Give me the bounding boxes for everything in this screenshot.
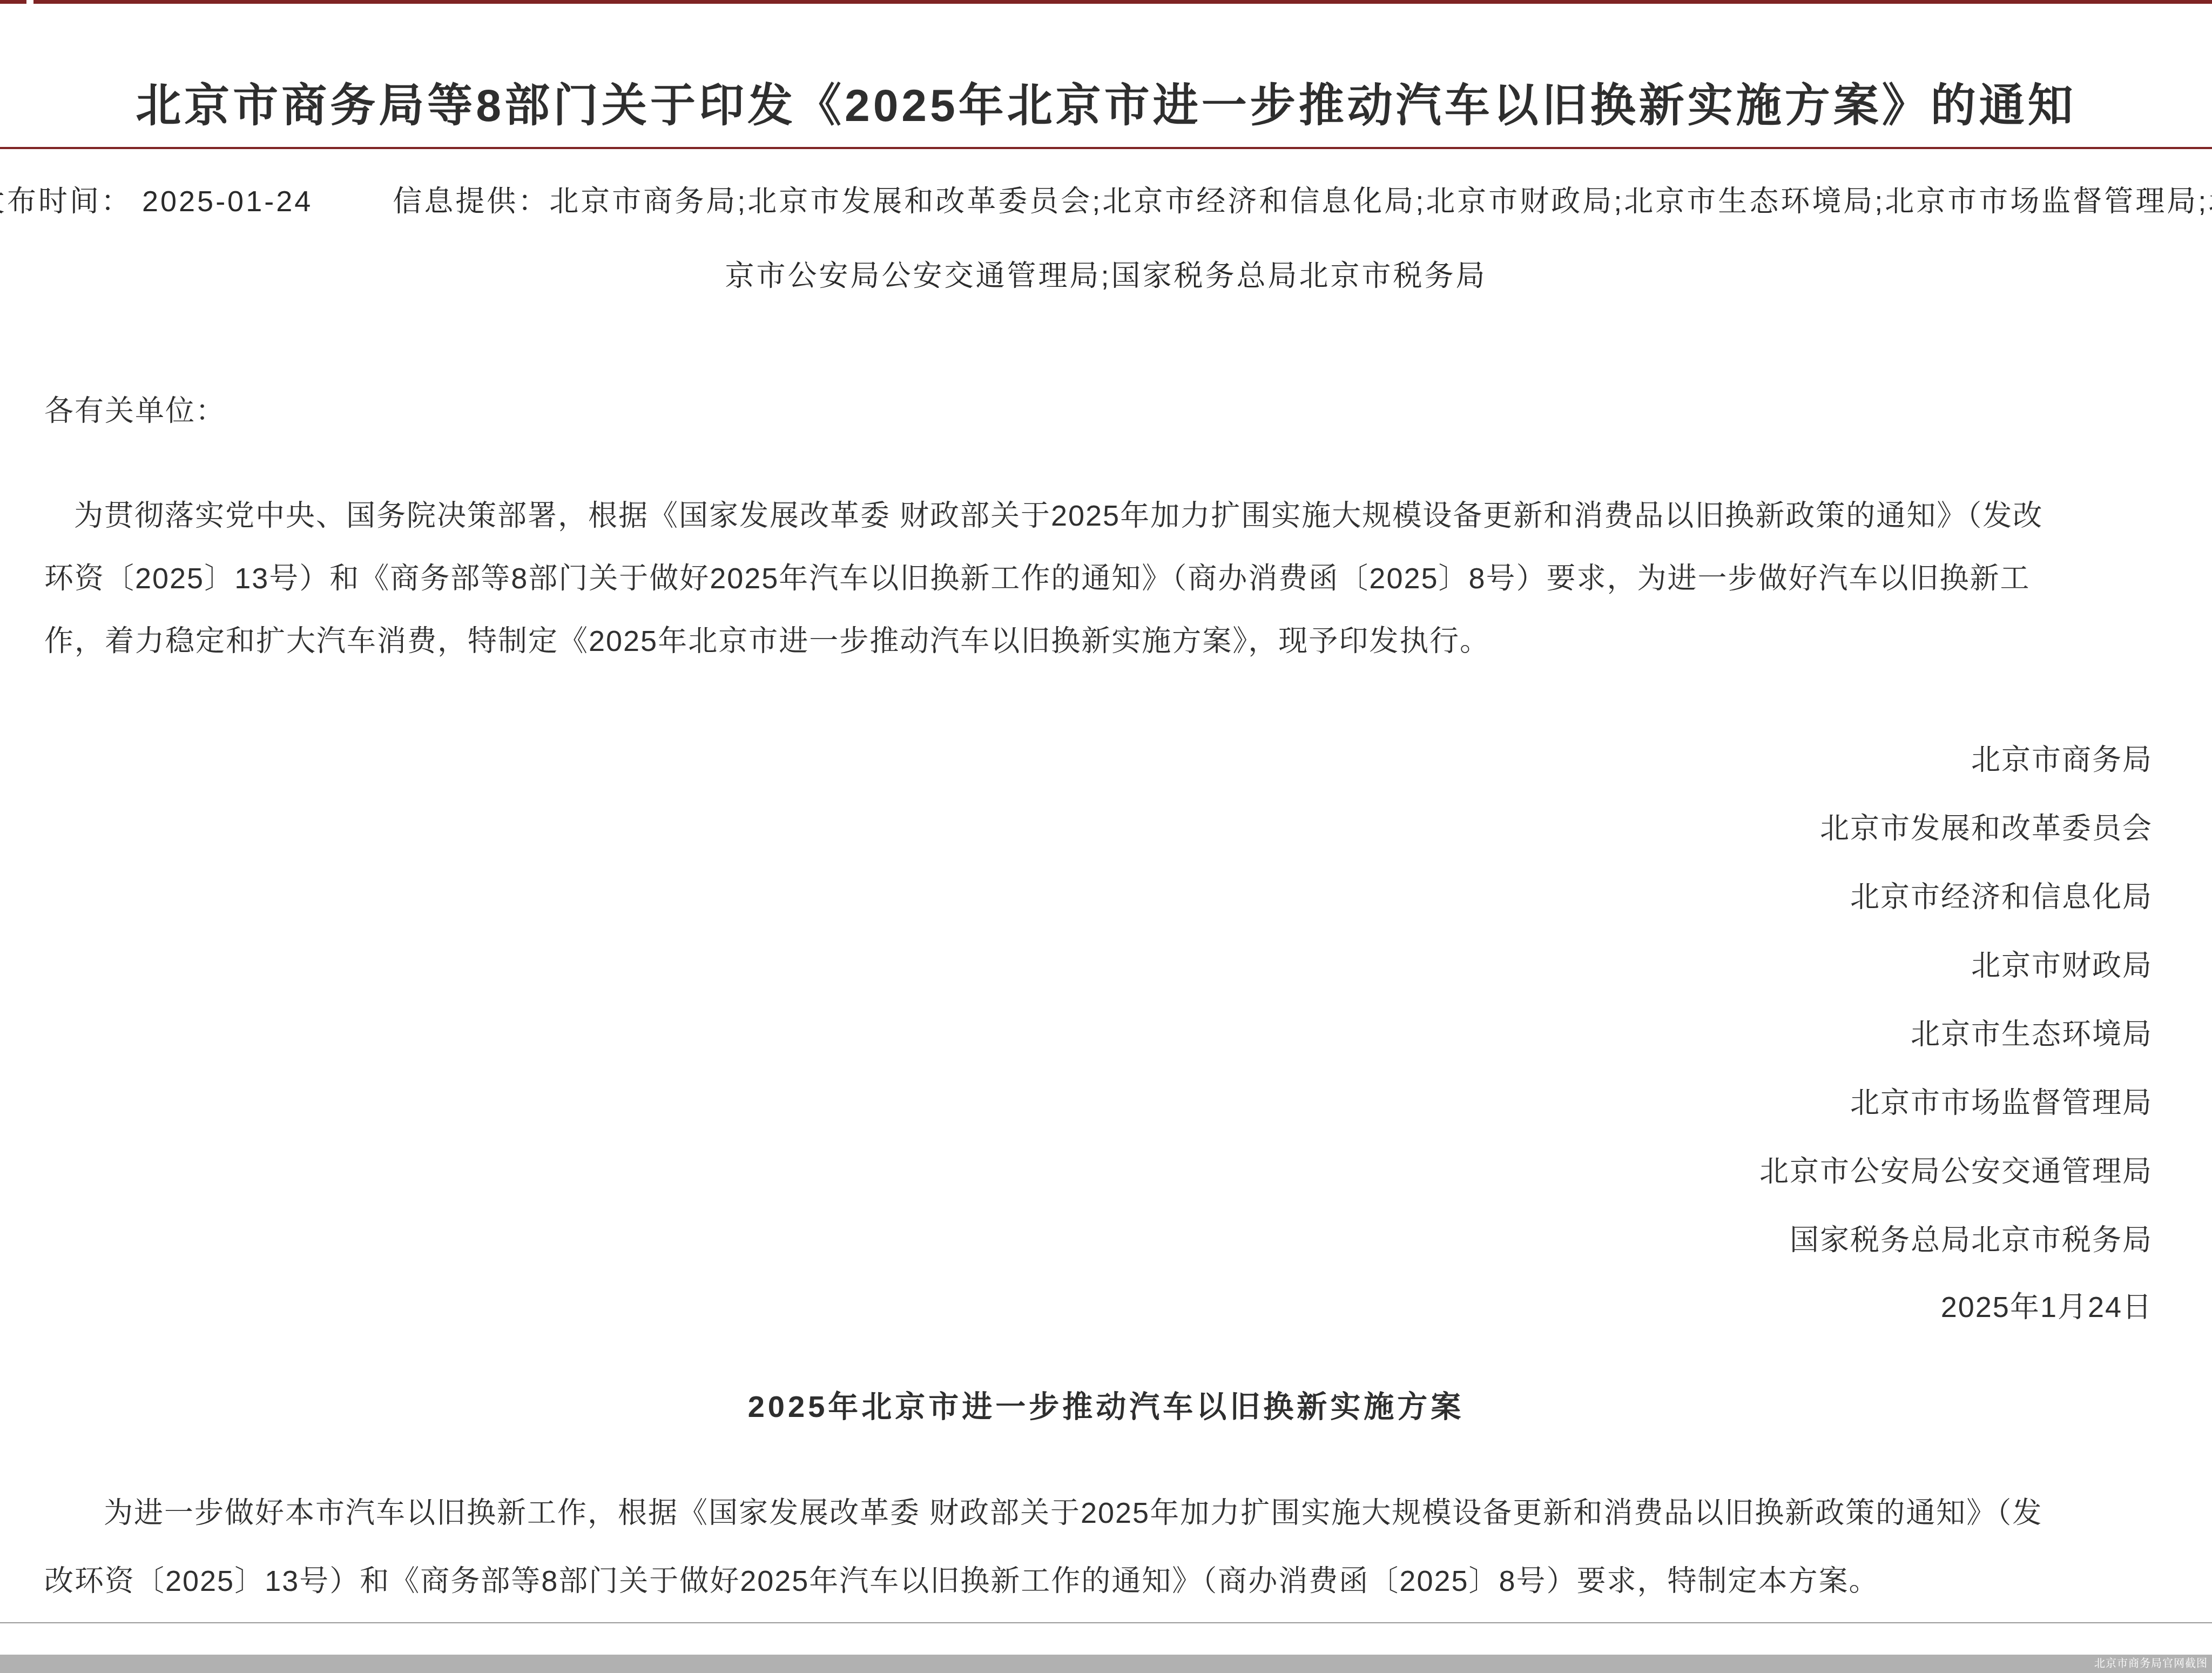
salutation: 各有关单位： xyxy=(44,392,226,430)
signature-item: 北京市市场监督管理局 xyxy=(1850,1084,2153,1122)
paragraph1-line3: 作，着力稳定和扩大汽车消费，特制定《2025年北京市进一步推动汽车以旧换新实施方… xyxy=(44,622,1490,660)
document-page: 北京市商务局等8部门关于印发《2025年北京市进一步推动汽车以旧换新实施方案》的… xyxy=(0,0,2212,1673)
info-provider-label: 信息提供： xyxy=(393,185,549,218)
paragraph2-line1: 为进一步做好本市汽车以旧换新工作，根据《国家发展改革委 财政部关于2025年加力… xyxy=(104,1494,2042,1532)
paragraph1-line1: 为贯彻落实党中央、国务院决策部署，根据《国家发展改革委 财政部关于2025年加力… xyxy=(74,497,2043,535)
info-provider-value-line1: 北京市商务局;北京市发展和改革委员会;北京市经济和信息化局;北京市财政局;北京市… xyxy=(549,185,2212,218)
title-divider-line xyxy=(0,147,2212,149)
content-bottom-divider xyxy=(0,1622,2212,1623)
paragraph1-line2: 环资〔2025〕13号）和《商务部等8部门关于做好2025年汽车以旧换新工作的通… xyxy=(44,560,2031,597)
signature-date: 2025年1月24日 xyxy=(1941,1288,2153,1326)
signature-item: 北京市公安局公安交通管理局 xyxy=(1759,1153,2153,1191)
signature-item: 北京市财政局 xyxy=(1971,947,2153,985)
signature-item: 北京市商务局 xyxy=(1971,741,2153,779)
publish-time-value: 2025-01-24 xyxy=(142,185,313,218)
signature-item: 国家税务总局北京市税务局 xyxy=(1790,1221,2153,1259)
footer-bar: 北京市商务局官网截图 xyxy=(0,1655,2212,1673)
attachment-subtitle: 2025年北京市进一步推动汽车以旧换新实施方案 xyxy=(0,1387,2212,1426)
page-title: 北京市商务局等8部门关于印发《2025年北京市进一步推动汽车以旧换新实施方案》的… xyxy=(0,76,2212,135)
paragraph2-line2: 改环资〔2025〕13号）和《商务部等8部门关于做好2025年汽车以旧换新工作的… xyxy=(44,1562,1879,1600)
signature-item: 北京市经济和信息化局 xyxy=(1850,878,2153,916)
top-accent-bar-stub xyxy=(0,0,26,4)
signature-item: 北京市生态环境局 xyxy=(1911,1016,2153,1053)
info-provider-value-line2: 京市公安局公安交通管理局;国家税务总局北京市税务局 xyxy=(0,257,2212,295)
signature-item: 北京市发展和改革委员会 xyxy=(1820,810,2153,848)
footer-watermark: 北京市商务局官网截图 xyxy=(2094,1655,2208,1673)
top-accent-bar xyxy=(33,0,2212,4)
publish-time-label: 发布时间： xyxy=(0,185,132,218)
meta-row: 发布时间：2025-01-24信息提供：北京市商务局;北京市发展和改革委员会;北… xyxy=(0,183,2212,220)
